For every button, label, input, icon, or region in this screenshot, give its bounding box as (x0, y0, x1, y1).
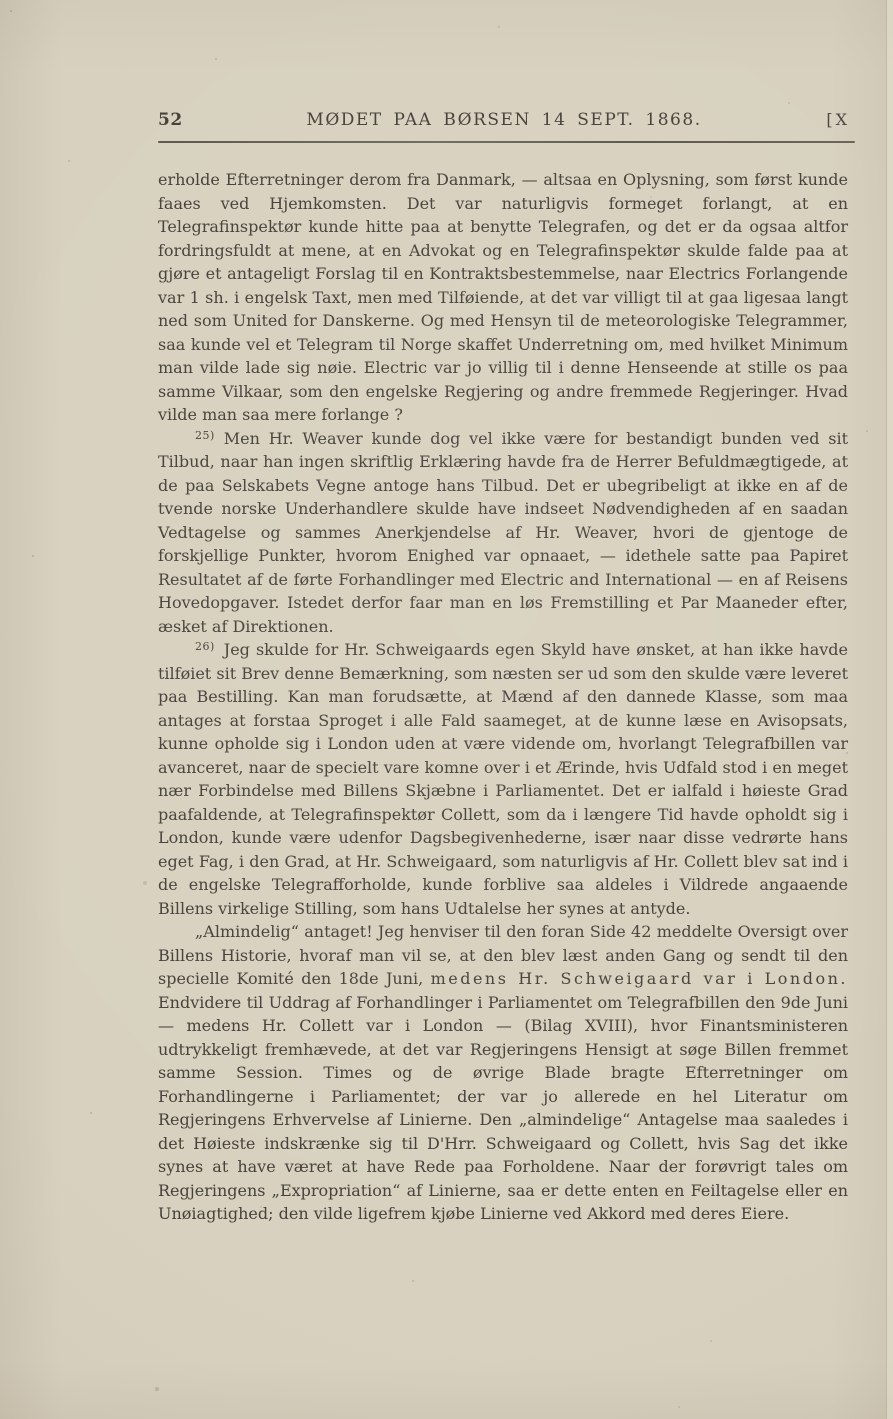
paragraph: 25)Men Hr. Weaver kunde dog vel ikke vær… (158, 427, 848, 639)
paragraph: 26)Jeg skulde for Hr. Schweigaards egen … (158, 638, 848, 920)
paragraph: „Almindelig“ antaget! Jeg henviser til d… (158, 920, 848, 1226)
page-edge-shadow (886, 0, 893, 1419)
paragraph-text-letterspaced: medens Hr. Schweigaard var i London. (431, 969, 848, 988)
page-header: 52 MØDET PAA BØRSEN 14 SEPT. 1868. [X (158, 110, 850, 130)
running-title: MØDET PAA BØRSEN 14 SEPT. 1868. (228, 110, 780, 130)
signature-mark: [X (780, 110, 850, 129)
footnote-marker: 26) (195, 640, 215, 653)
paragraph-text: Men Hr. Weaver kunde dog vel ikke være f… (158, 429, 848, 636)
footnote-marker: 25) (195, 429, 215, 442)
paragraph-text: erholde Efterretninger derom fra Danmark… (158, 170, 848, 424)
page-number: 52 (158, 110, 228, 130)
paragraph-text: Jeg skulde for Hr. Schweigaards egen Sky… (158, 640, 848, 918)
page-body: erholde Efterretninger derom fra Danmark… (158, 168, 848, 1226)
paragraph-text: Endvidere til Uddrag af Forhandlinger i … (158, 993, 848, 1224)
header-rule (158, 141, 855, 143)
book-page: 52 MØDET PAA BØRSEN 14 SEPT. 1868. [X er… (0, 0, 893, 1419)
paragraph: erholde Efterretninger derom fra Danmark… (158, 168, 848, 427)
paper-specks (10, 10, 12, 12)
